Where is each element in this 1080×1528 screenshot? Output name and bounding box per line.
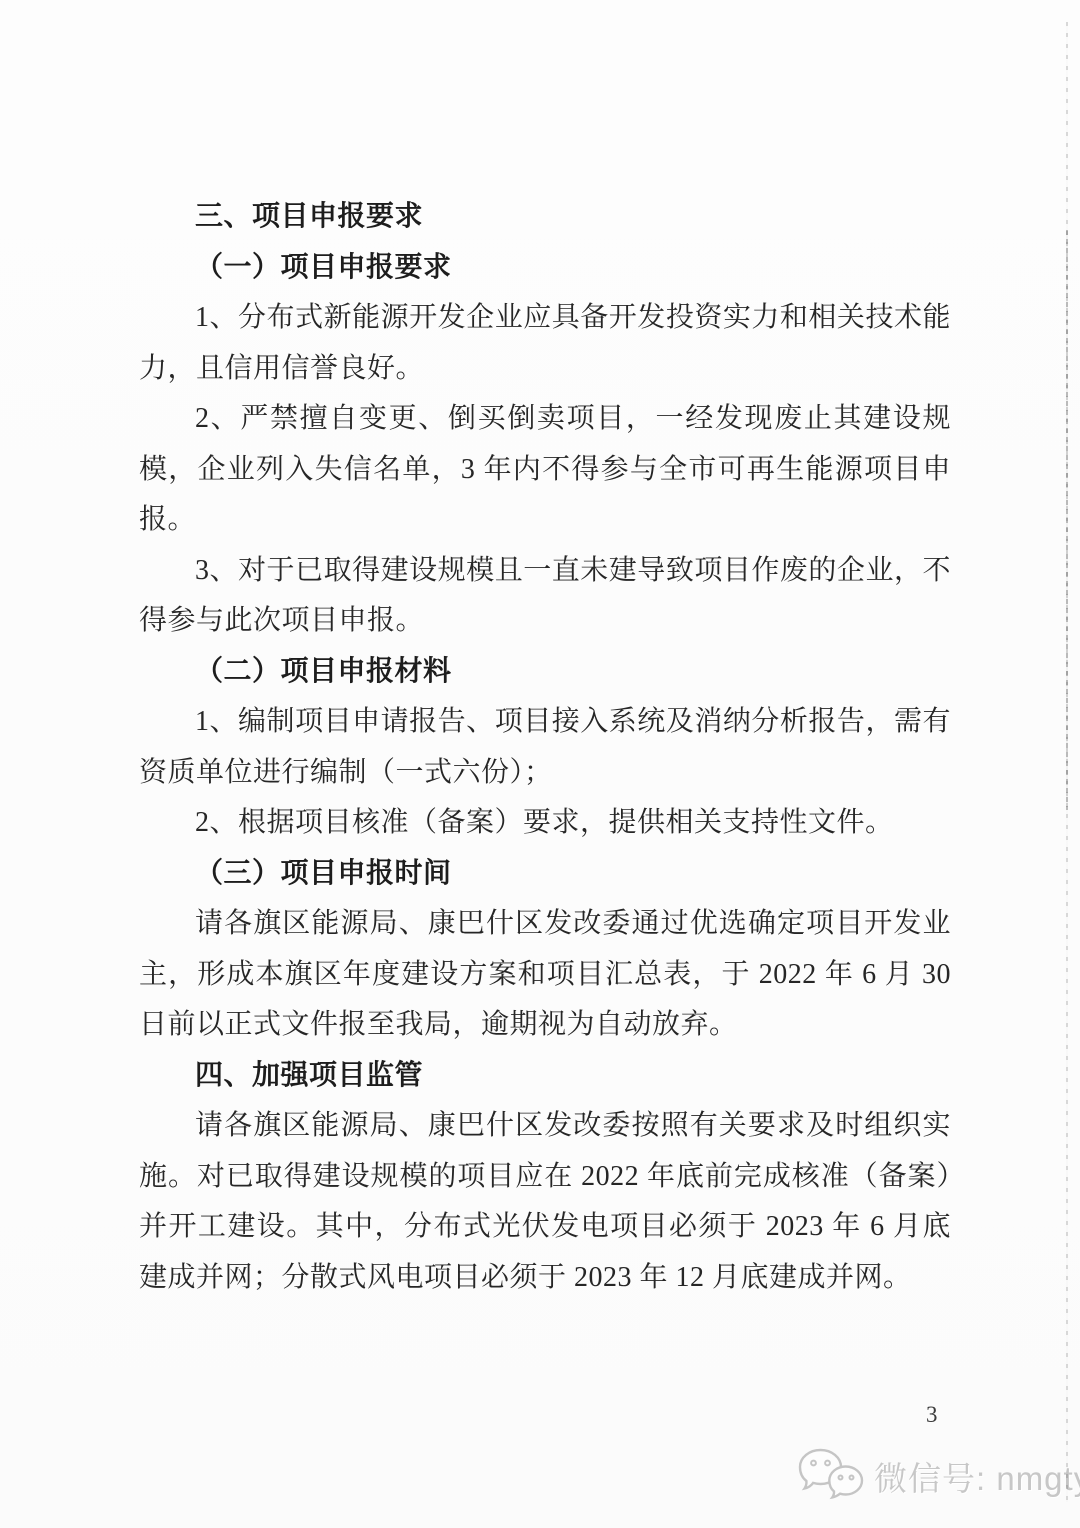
wechat-icon [796, 1446, 866, 1506]
para-supervision: 请各旗区能源局、康巴什区发改委按照有关要求及时组织实施。对已取得建设规模的项目应… [139, 1101, 951, 1303]
para-material-2: 2、根据项目核准（备案）要求，提供相关支持性文件。 [139, 798, 951, 849]
heading-sub-requirements: （一）项目申报要求 [139, 243, 951, 294]
para-time: 请各旗区能源局、康巴什区发改委通过优选确定项目开发业主，形成本旗区年度建设方案和… [139, 899, 951, 1051]
page-number: 3 [926, 1402, 938, 1428]
heading-sub-time: （三）项目申报时间 [139, 849, 951, 900]
watermark: 微信号: nmgtyn [796, 1446, 1080, 1506]
watermark-text: 微信号: nmgtyn [874, 1453, 1080, 1500]
heading-supervision: 四、加强项目监管 [139, 1051, 951, 1102]
document-page: 三、项目申报要求 （一）项目申报要求 1、分布式新能源开发企业应具备开发投资实力… [0, 0, 1080, 1528]
heading-requirements: 三、项目申报要求 [139, 192, 951, 243]
para-requirement-2: 2、严禁擅自变更、倒买倒卖项目，一经发现废止其建设规模，企业列入失信名单，3 年… [139, 394, 951, 546]
para-material-1: 1、编制项目申请报告、项目接入系统及消纳分析报告，需有资质单位进行编制（一式六份… [139, 697, 951, 798]
scan-artifact-line-dense [1066, 230, 1068, 810]
para-requirement-1: 1、分布式新能源开发企业应具备开发投资实力和相关技术能力，且信用信誉良好。 [139, 293, 951, 394]
document-body: 三、项目申报要求 （一）项目申报要求 1、分布式新能源开发企业应具备开发投资实力… [139, 192, 951, 1303]
para-requirement-3: 3、对于已取得建设规模且一直未建导致项目作废的企业，不得参与此次项目申报。 [139, 546, 951, 647]
heading-sub-materials: （二）项目申报材料 [139, 647, 951, 698]
